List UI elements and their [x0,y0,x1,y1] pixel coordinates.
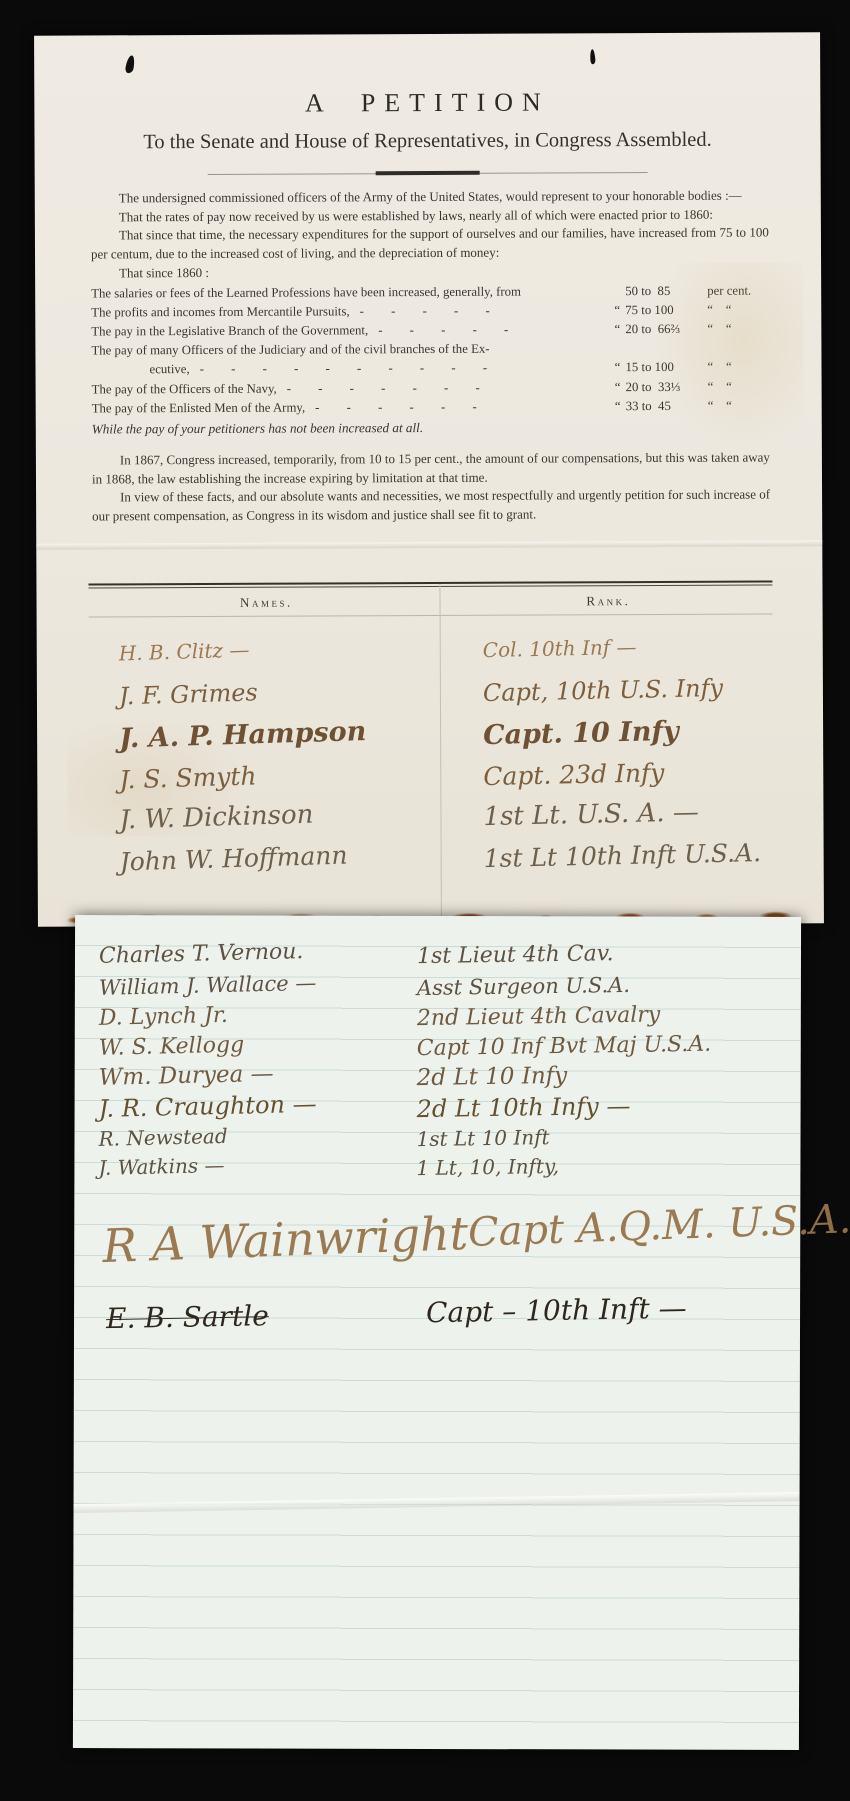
increase-unit: “ “ [702,377,772,396]
signature-rank: 2d Lt 10 Infy [399,1059,793,1091]
increase-dashes: - - - - - - [305,397,610,418]
increase-range: 50 to 85 [625,281,701,301]
increase-dashes: - - - - - - - - - - [190,359,610,380]
signature-name: J. S. Smyth [97,755,460,795]
signature-name: J. W. Dickinson [97,795,460,836]
increase-row: The pay in the Legislative Branch of the… [91,319,771,341]
paragraph-close: In view of these facts, and our absolute… [92,486,770,526]
signature-rank: Capt – 10th Inft — [406,1289,793,1329]
signature-name: J. Watkins — [88,1149,398,1180]
fastener-mark-icon [125,55,136,74]
signature-name: R. Newstead [88,1120,398,1151]
signature-name: R A Wainwright [88,1206,469,1274]
signature-rank: Capt 10 Inf Bvt Maj U.S.A. [399,1030,793,1061]
increase-row: The pay of the Enlisted Men of the Army,… [92,396,772,418]
increase-range: 15 to 100 [625,358,701,378]
increase-unit: “ “ [701,300,771,319]
signature-row: H. B. Clitz — Col. 10th Inf — [97,624,777,671]
signature-rank: Capt. 10 Infy [459,713,778,751]
signature-table: Names. Rank. H. B. Clitz — Col. 10th Inf… [36,580,823,926]
names-column-header: Names. [89,594,445,612]
signature-row: Charles T. Vernou. 1st Lieut 4th Cav. [89,935,793,971]
increase-dashes: - - - - - - - [277,378,610,399]
signature-rows: Charles T. Vernou. 1st Lieut 4th Cav. Wi… [74,915,801,1337]
petition-sheet: A PETITION To the Senate and House of Re… [34,32,824,926]
signature-rank: Asst Surgeon U.S.A. [399,970,793,1000]
signature-name: J. R. Craughton — [88,1088,399,1123]
increase-label: The pay of many Officers of the Judiciar… [91,340,489,361]
signature-sheet: Charles T. Vernou. 1st Lieut 4th Cav. Wi… [73,915,801,1750]
signature-name: D. Lynch Jr. [89,998,400,1030]
signature-rank: 1st Lt 10th Inft U.S.A. [459,837,778,873]
paragraph-intro: The undersigned commissioned officers of… [91,187,769,209]
signature-rank: 1st Lt. U.S. A. — [459,796,778,833]
ditto-mark: “ [609,320,625,339]
signature-name: J. A. P. Hampson [97,713,460,755]
increase-unit: “ “ [701,358,771,377]
ornamental-divider [208,172,648,175]
ditto-mark: “ [610,378,626,397]
petition-body-lower: In 1867, Congress increased, temporarily… [92,448,770,526]
signature-row-large: R A Wainwright Capt A.Q.M. U.S.A. [87,1169,794,1298]
paragraph-expenditures: That since that time, the necessary expe… [91,224,769,264]
signature-rows: H. B. Clitz — Col. 10th Inf — J. F. Grim… [97,624,778,877]
rank-column-header: Rank. [444,593,772,610]
increase-label: The salaries or fees of the Learned Prof… [91,282,521,303]
signature-row: J. R. Craughton — 2d Lt 10th Infy — [89,1089,793,1123]
signature-rank: 1st Lieut 4th Cav. [399,938,793,969]
signature-name: W. S. Kellogg [89,1028,400,1060]
signature-name: E. B. Sartle [88,1296,407,1335]
increase-range: 33 to 45 [626,397,702,417]
signature-name: H. B. Clitz — [96,631,459,666]
double-rule [88,581,772,589]
signature-row: John W. Hoffmann 1st Lt 10th Inft U.S.A. [98,834,778,877]
increase-dashes: - - - - - [368,320,609,340]
signature-name: Wm. Duryea — [88,1058,399,1091]
signature-row: Wm. Duryea — 2d Lt 10 Infy [89,1059,793,1091]
ditto-mark: “ [609,301,625,320]
increase-unit: “ “ [701,319,771,338]
signature-row: J. F. Grimes Capt, 10th U.S. Infy [97,668,777,713]
fastener-mark-icon [590,49,596,64]
petition-title: A PETITION [74,86,780,119]
signature-rank: Capt, 10th U.S. Infy [459,673,778,708]
signature-rank: 1st Lt 10 Inft [398,1121,792,1151]
ditto-mark: “ [609,358,625,377]
ditto-mark: “ [610,397,626,416]
signature-rank: Capt. 23d Infy [459,755,778,791]
increase-range: 75 to 100 [625,301,701,321]
signature-row: William J. Wallace — Asst Surgeon U.S.A. [89,969,793,1001]
signature-name: John W. Hoffmann [97,837,460,877]
signature-name: William J. Wallace — [89,969,399,1000]
signature-row: J. A. P. Hampson Capt. 10 Infy [97,710,777,755]
signature-row: W. S. Kellogg Capt 10 Inf Bvt Maj U.S.A. [89,1029,793,1061]
signature-rank: Col. 10th Inf — [459,632,777,663]
increase-unit: “ “ [702,396,772,415]
paragraph-since-1860: That since 1860 : [91,261,769,283]
increase-unit: per cent. [701,281,771,300]
signature-row: R. Newstead 1st Lt 10 Inft [88,1121,792,1151]
increase-label: The pay in the Legislative Branch of the… [91,321,368,341]
signature-row: J. W. Dickinson 1st Lt. U.S. A. — [97,792,777,837]
petition-subtitle: To the Senate and House of Representativ… [64,128,790,154]
header-underline [89,614,773,618]
signature-row: J. S. Smyth Capt. 23d Infy [97,752,777,795]
petition-body: The undersigned commissioned officers of… [91,187,769,284]
signature-rank: Capt A.Q.M. U.S.A. [467,1196,850,1256]
increase-range: 20 to 66⅔ [625,320,701,340]
fold-crease [74,1492,800,1513]
increase-label: The profits and incomes from Mercantile … [91,302,349,322]
photograph-background: { "petition": { "title": "A PETITION", "… [0,0,850,1801]
increase-label: The pay of the Officers of the Navy, [92,379,277,399]
signature-rank: 2nd Lieut 4th Cavalry [399,1000,793,1031]
increase-label: The pay of the Enlisted Men of the Army, [92,398,306,418]
signature-row: D. Lynch Jr. 2nd Lieut 4th Cavalry [89,999,793,1031]
pay-increase-list: The salaries or fees of the Learned Prof… [91,281,772,418]
signature-table-headers: Names. Rank. [89,593,773,612]
paragraph-1867: In 1867, Congress increased, temporarily… [92,448,770,488]
fold-crease [36,540,822,549]
signature-name: Charles T. Vernou. [89,936,400,968]
signature-rank: 2d Lt 10th Infy — [398,1089,792,1123]
increase-dashes: - - - - - [350,301,610,321]
signature-name: J. F. Grimes [97,672,460,711]
increase-range: 20 to 33⅓ [626,377,702,397]
petitioners-note: While the pay of your petitioners has no… [92,418,770,437]
increase-label: ecutive, [149,360,189,379]
